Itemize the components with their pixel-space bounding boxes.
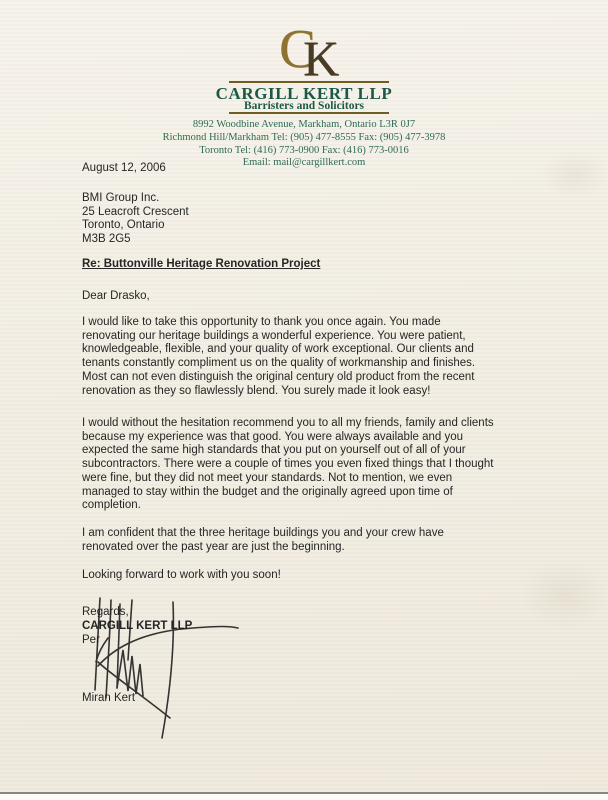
paragraph-line: renovating our heritage buildings a wond… <box>82 330 475 344</box>
paragraph-1: I would like to take this opportunity to… <box>82 316 475 398</box>
recipient-address-block: BMI Group Inc. 25 Leacroft Crescent Toro… <box>82 192 189 247</box>
closing-line: Looking forward to work with you soon! <box>82 569 281 583</box>
paragraph-line: were fine, but they did not meet your st… <box>82 472 494 486</box>
paragraph-line: managed to stay within the budget and th… <box>82 486 494 500</box>
recipient-line: Toronto, Ontario <box>82 219 189 233</box>
scan-smudge <box>520 560 608 630</box>
letter-date: August 12, 2006 <box>82 162 166 176</box>
paragraph-line: I would like to take this opportunity to… <box>82 316 475 330</box>
recipient-line: 25 Leacroft Crescent <box>82 206 189 220</box>
firm-phone-richmond-hill: Richmond Hill/Markham Tel: (905) 477-855… <box>0 132 608 143</box>
subject-line: Re: Buttonville Heritage Renovation Proj… <box>82 258 320 272</box>
firm-phone-toronto: Toronto Tel: (416) 773-0900 Fax: (416) 7… <box>0 145 608 156</box>
recipient-line: BMI Group Inc. <box>82 192 189 206</box>
paragraph-line: renovated over the past year are just th… <box>82 541 444 555</box>
paragraph-line: I would without the hesitation recommend… <box>82 417 494 431</box>
paragraph-line: expected the same high standards that yo… <box>82 444 494 458</box>
paragraph-line: renovation as they so flawlessly blend. … <box>82 385 475 399</box>
scan-bottom-edge <box>0 794 608 800</box>
letterhead-rule-bottom <box>229 112 389 114</box>
scanned-letter-page: C K CARGILL KERT LLP Barristers and Soli… <box>0 0 608 800</box>
paragraph-line: Most can not even distinguish the origin… <box>82 371 475 385</box>
paragraph-line: completion. <box>82 499 494 513</box>
paragraph-3: I am confident that the three heritage b… <box>82 527 444 554</box>
firm-tagline: Barristers and Solicitors <box>0 100 608 112</box>
firm-address: 8992 Woodbine Avenue, Markham, Ontario L… <box>0 119 608 130</box>
paragraph-line: subcontractors. There were a couple of t… <box>82 458 494 472</box>
letterhead-rule-top <box>229 81 389 83</box>
paragraph-line: because my experience was that good. You… <box>82 431 494 445</box>
paragraph-line: I am confident that the three heritage b… <box>82 527 444 541</box>
monogram-letter-k: K <box>303 33 339 83</box>
handwritten-signature <box>78 588 273 753</box>
paragraph-line: knowledgeable, flexible, and your qualit… <box>82 343 475 357</box>
salutation: Dear Drasko, <box>82 290 150 304</box>
recipient-line: M3B 2G5 <box>82 233 189 247</box>
paragraph-line: tenants constantly compliment us on the … <box>82 357 475 371</box>
paragraph-2: I would without the hesitation recommend… <box>82 417 494 513</box>
